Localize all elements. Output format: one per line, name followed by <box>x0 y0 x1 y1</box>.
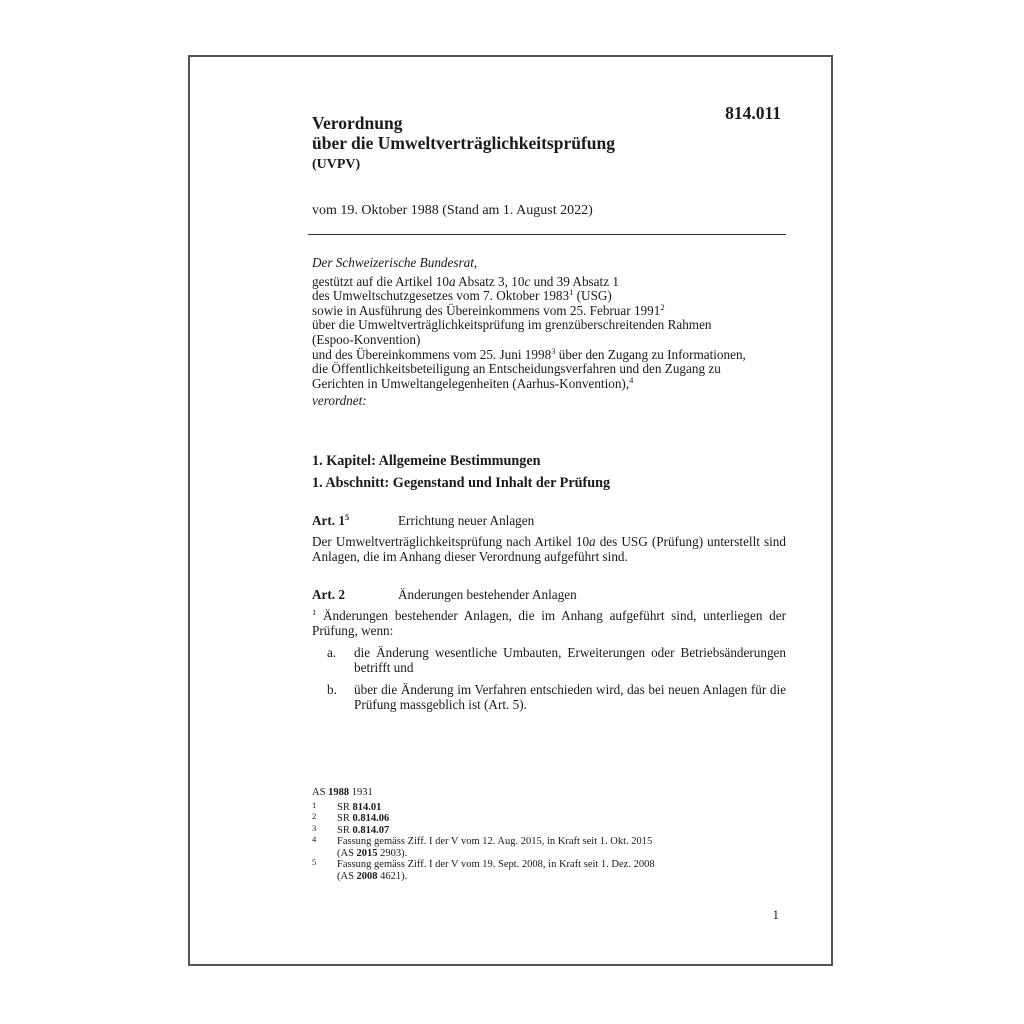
article-2-item-b: b. über die Änderung im Verfahren entsch… <box>312 682 786 712</box>
preamble-line: gestützt auf die Artikel 10a Absatz 3, 1… <box>312 275 746 290</box>
preamble-line: über die Umweltverträglichkeitsprüfung i… <box>312 318 746 333</box>
article-1-heading: Art. 15Errichtung neuer Anlagen <box>312 513 534 529</box>
header-divider <box>308 234 786 235</box>
official-compilation-source: AS 1988 1931 <box>312 787 655 799</box>
preamble-closing: verordnet: <box>312 394 746 409</box>
preamble-line: Gerichten in Umweltangelegenheiten (Aarh… <box>312 377 746 392</box>
footnote-number: 2 <box>312 811 316 823</box>
list-marker: a. <box>327 645 336 660</box>
sr-number: 814.011 <box>725 103 781 124</box>
chapter-heading: 1. Kapitel: Allgemeine Bestimmungen <box>312 453 541 470</box>
preamble-line: die Öffentlichkeitsbeteiligung an Entsch… <box>312 362 746 377</box>
footnote-ref[interactable]: 4 <box>629 375 633 385</box>
article-2-title: Änderungen bestehender Anlagen <box>398 587 577 602</box>
paragraph-number: 1 <box>312 607 316 617</box>
document-title: Verordnung über die Umweltverträglichkei… <box>312 113 615 153</box>
list-marker: b. <box>327 682 337 697</box>
footnote-number: 4 <box>312 834 316 846</box>
article-2-paragraph-1: 1 Änderungen bestehender Anlagen, die im… <box>312 608 786 638</box>
title-line-1: Verordnung <box>312 113 615 133</box>
footnotes: AS 1988 1931 1SR 814.012SR 0.814.063SR 0… <box>312 787 655 882</box>
footnote: 5Fassung gemäss Ziff. I der V vom 19. Se… <box>312 859 655 882</box>
footnote-ref[interactable]: 5 <box>345 512 349 522</box>
document-page: Verordnung über die Umweltverträglichkei… <box>188 55 833 966</box>
list-text: über die Änderung im Verfahren entschied… <box>354 682 786 712</box>
article-2-heading: Art. 2Änderungen bestehender Anlagen <box>312 587 577 603</box>
preamble-line: (Espoo-Konvention) <box>312 333 746 348</box>
footnote: 4Fassung gemäss Ziff. I der V vom 12. Au… <box>312 836 655 859</box>
footnote-number: 3 <box>312 823 316 835</box>
article-2-number: Art. 2 <box>312 587 398 603</box>
list-text: die Änderung wesentliche Umbauten, Erwei… <box>354 645 786 675</box>
footnote: 1SR 814.01 <box>312 802 655 814</box>
footnote-number: 1 <box>312 800 316 812</box>
footnote: 2SR 0.814.06 <box>312 813 655 825</box>
preamble: Der Schweizerische Bundesrat, gestützt a… <box>312 256 746 409</box>
title-line-2: über die Umweltverträglichkeitsprüfung <box>312 133 615 153</box>
article-1-title: Errichtung neuer Anlagen <box>398 513 534 528</box>
article-1-body: Der Umweltverträglichkeitsprüfung nach A… <box>312 534 786 564</box>
footnote-ref[interactable]: 2 <box>660 302 664 312</box>
document-abbreviation: (UVPV) <box>312 157 360 173</box>
footnote: 3SR 0.814.07 <box>312 825 655 837</box>
preamble-line: sowie in Ausführung des Übereinkommens v… <box>312 304 746 319</box>
article-2-item-a: a. die Änderung wesentliche Umbauten, Er… <box>312 645 786 675</box>
article-1-number: Art. 15 <box>312 513 398 529</box>
preamble-intro: Der Schweizerische Bundesrat, <box>312 256 746 271</box>
footnote-number: 5 <box>312 857 316 869</box>
preamble-body: gestützt auf die Artikel 10a Absatz 3, 1… <box>312 275 746 392</box>
page-number: 1 <box>773 907 780 923</box>
section-heading: 1. Abschnitt: Gegenstand und Inhalt der … <box>312 475 610 492</box>
preamble-line: und des Übereinkommens vom 25. Juni 1998… <box>312 348 746 363</box>
document-date: vom 19. Oktober 1988 (Stand am 1. August… <box>312 203 593 219</box>
preamble-line: des Umweltschutzgesetzes vom 7. Oktober … <box>312 289 746 304</box>
footnote-list: 1SR 814.012SR 0.814.063SR 0.814.074Fassu… <box>312 802 655 883</box>
